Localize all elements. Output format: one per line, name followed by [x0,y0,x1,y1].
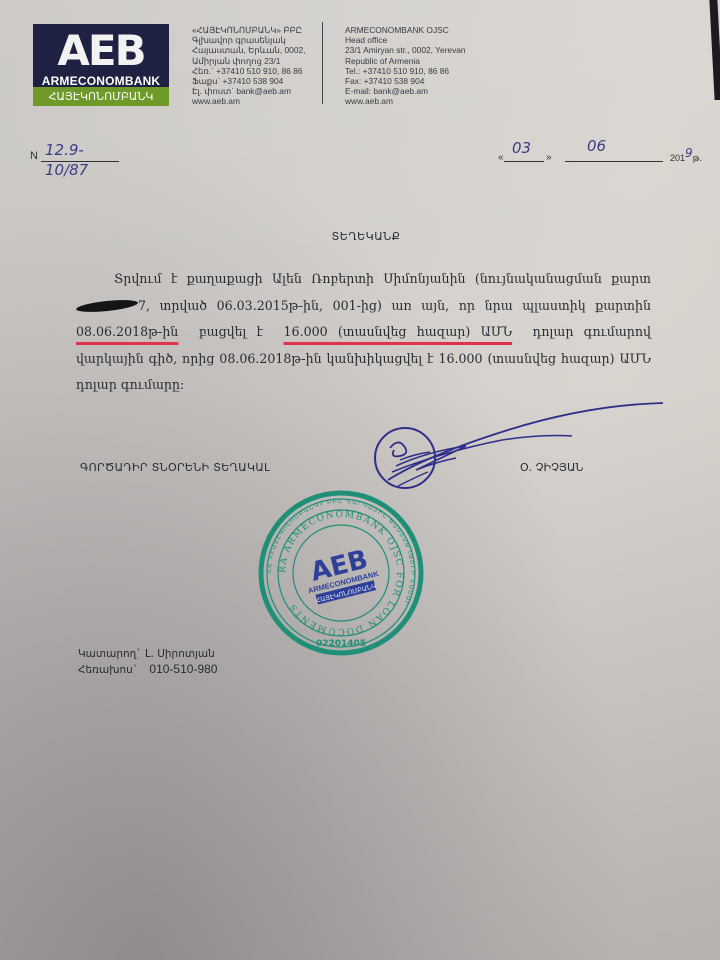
body-text-segment: վարկային գիծ, որից 08.06.2018թ-ին կանխիկ… [76,351,615,366]
body-text-segment: 7, տրված 06.03.2015թ-ին, 001-ից) առ այն,… [138,298,651,313]
body-text-segment: դոլար գումարով [533,324,651,339]
doc-number-label: N [30,150,38,162]
addr-line: www.aeb.am [192,96,305,106]
executor-contact: Կատարող` Լ. Սիրոտյան Հեռախոս` 010-510-98… [78,647,217,678]
highlighted-amount: 16.000 (տասնվեց հազար) ԱՄՆ [284,324,513,339]
signatory-name: Օ. ՉԻՉՅԱՆ [520,461,583,474]
bank-logo: AEB ARMECONOMBANK ՀԱՅԷԿՈՆՈՄԲԱՆԿ [33,24,169,106]
signatory-position: ԳՈՐԾԱԴԻՐ ՏՆՕՐԵՆԻ ՏԵՂԱԿԱԼ [80,461,270,474]
handwritten-signature [370,400,670,500]
addr-line: www.aeb.am [345,96,466,106]
date-quote-close: » [546,152,552,163]
addr-line: E-mail: bank@aeb.am [345,86,466,96]
year-digit: 9 [685,146,693,160]
body-text-segment: բացվել է [199,324,263,339]
date-quote-open: « [498,152,504,163]
document-title: ՏԵՂԵԿԱՆՔ [0,230,720,243]
doc-number-field: 12.9-10/87 [41,142,119,162]
executor-name: Լ. Սիրոտյան [145,648,215,660]
header-divider [322,22,323,104]
address-english: ARMECONOMBANK OJSC Head office 23/1 Amir… [345,25,466,107]
addr-line: Գլխավոր գրասենյակ [192,35,305,45]
addr-line: «ՀԱՅԷԿՈՆՈՄԲԱՆԿ» ԲԲԸ [192,25,305,35]
addr-line: Հեռ.` +37410 510 910, 86 86 [192,66,305,76]
addr-line: 23/1 Amiryan str., 0002, Yerevan [345,45,466,55]
body-paragraph: Տրվում է քաղաքացի Ալեն Ռոբերտի Սիմոնյանի… [76,266,651,399]
date-month: 06 [587,136,606,156]
addr-line: Republic of Armenia [345,56,466,66]
page-edge [709,0,720,100]
addr-line: Ամիրյան փողոց 23/1 [192,56,305,66]
addr-line: Head office [345,35,466,45]
addr-line: Tel.: +37410 510 910, 86 86 [345,66,466,76]
bank-stamp: ՀՀ «ՀԱՅԷԿՈՆՈՄԲԱՆԿ» ԲԲԸ ՎԱՐԿԱՅԻՆ ՓԱՍՏԱԹՂԹ… [256,488,426,658]
highlighted-date: 08.06.2018թ-ին [76,324,178,339]
executor-label: Կատարող` [78,648,142,660]
address-armenian: «ՀԱՅԷԿՈՆՈՄԲԱՆԿ» ԲԲԸ Գլխավոր գրասենյակ Հա… [192,25,305,107]
date-year: 2019թ. [670,150,702,164]
phone-number: 010-510-980 [149,662,217,676]
executor-line: Կատարող` Լ. Սիրոտյան [78,647,217,662]
date-day: 03 [512,138,531,158]
document-body: Տրվում է քաղաքացի Ալեն Ռոբերտի Սիմոնյանի… [76,266,651,399]
logo-name-hy: ՀԱՅԷԿՈՆՈՄԲԱՆԿ [33,87,169,106]
body-text-segment: Տրվում է քաղաքացի Ալեն Ռոբերտի Սիմոնյանի… [114,271,651,286]
addr-line: Fax: +37410 538 904 [345,76,466,86]
addr-line: ARMECONOMBANK OJSC [345,25,466,35]
logo-mark: AEB [33,28,169,74]
addr-line: Ֆաքս` +37410 538 904 [192,76,305,86]
date-month-field: 06 [565,142,663,162]
phone-line: Հեռախոս` 010-510-980 [78,662,217,678]
year-prefix: 201 [670,153,685,163]
year-suffix: թ. [693,153,702,163]
redaction-mark [76,298,139,314]
doc-number-value: 12.9-10/87 [45,140,119,180]
addr-line: Հայաստան, Երևան, 0002, [192,45,305,55]
stamp-code: 02201405 [316,639,366,649]
phone-label: Հեռախոս` [78,664,138,676]
logo-name-en: ARMECONOMBANK [33,74,169,88]
addr-line: Էլ. փոստ` bank@aeb.am [192,86,305,96]
date-day-field: 03 [504,142,544,162]
